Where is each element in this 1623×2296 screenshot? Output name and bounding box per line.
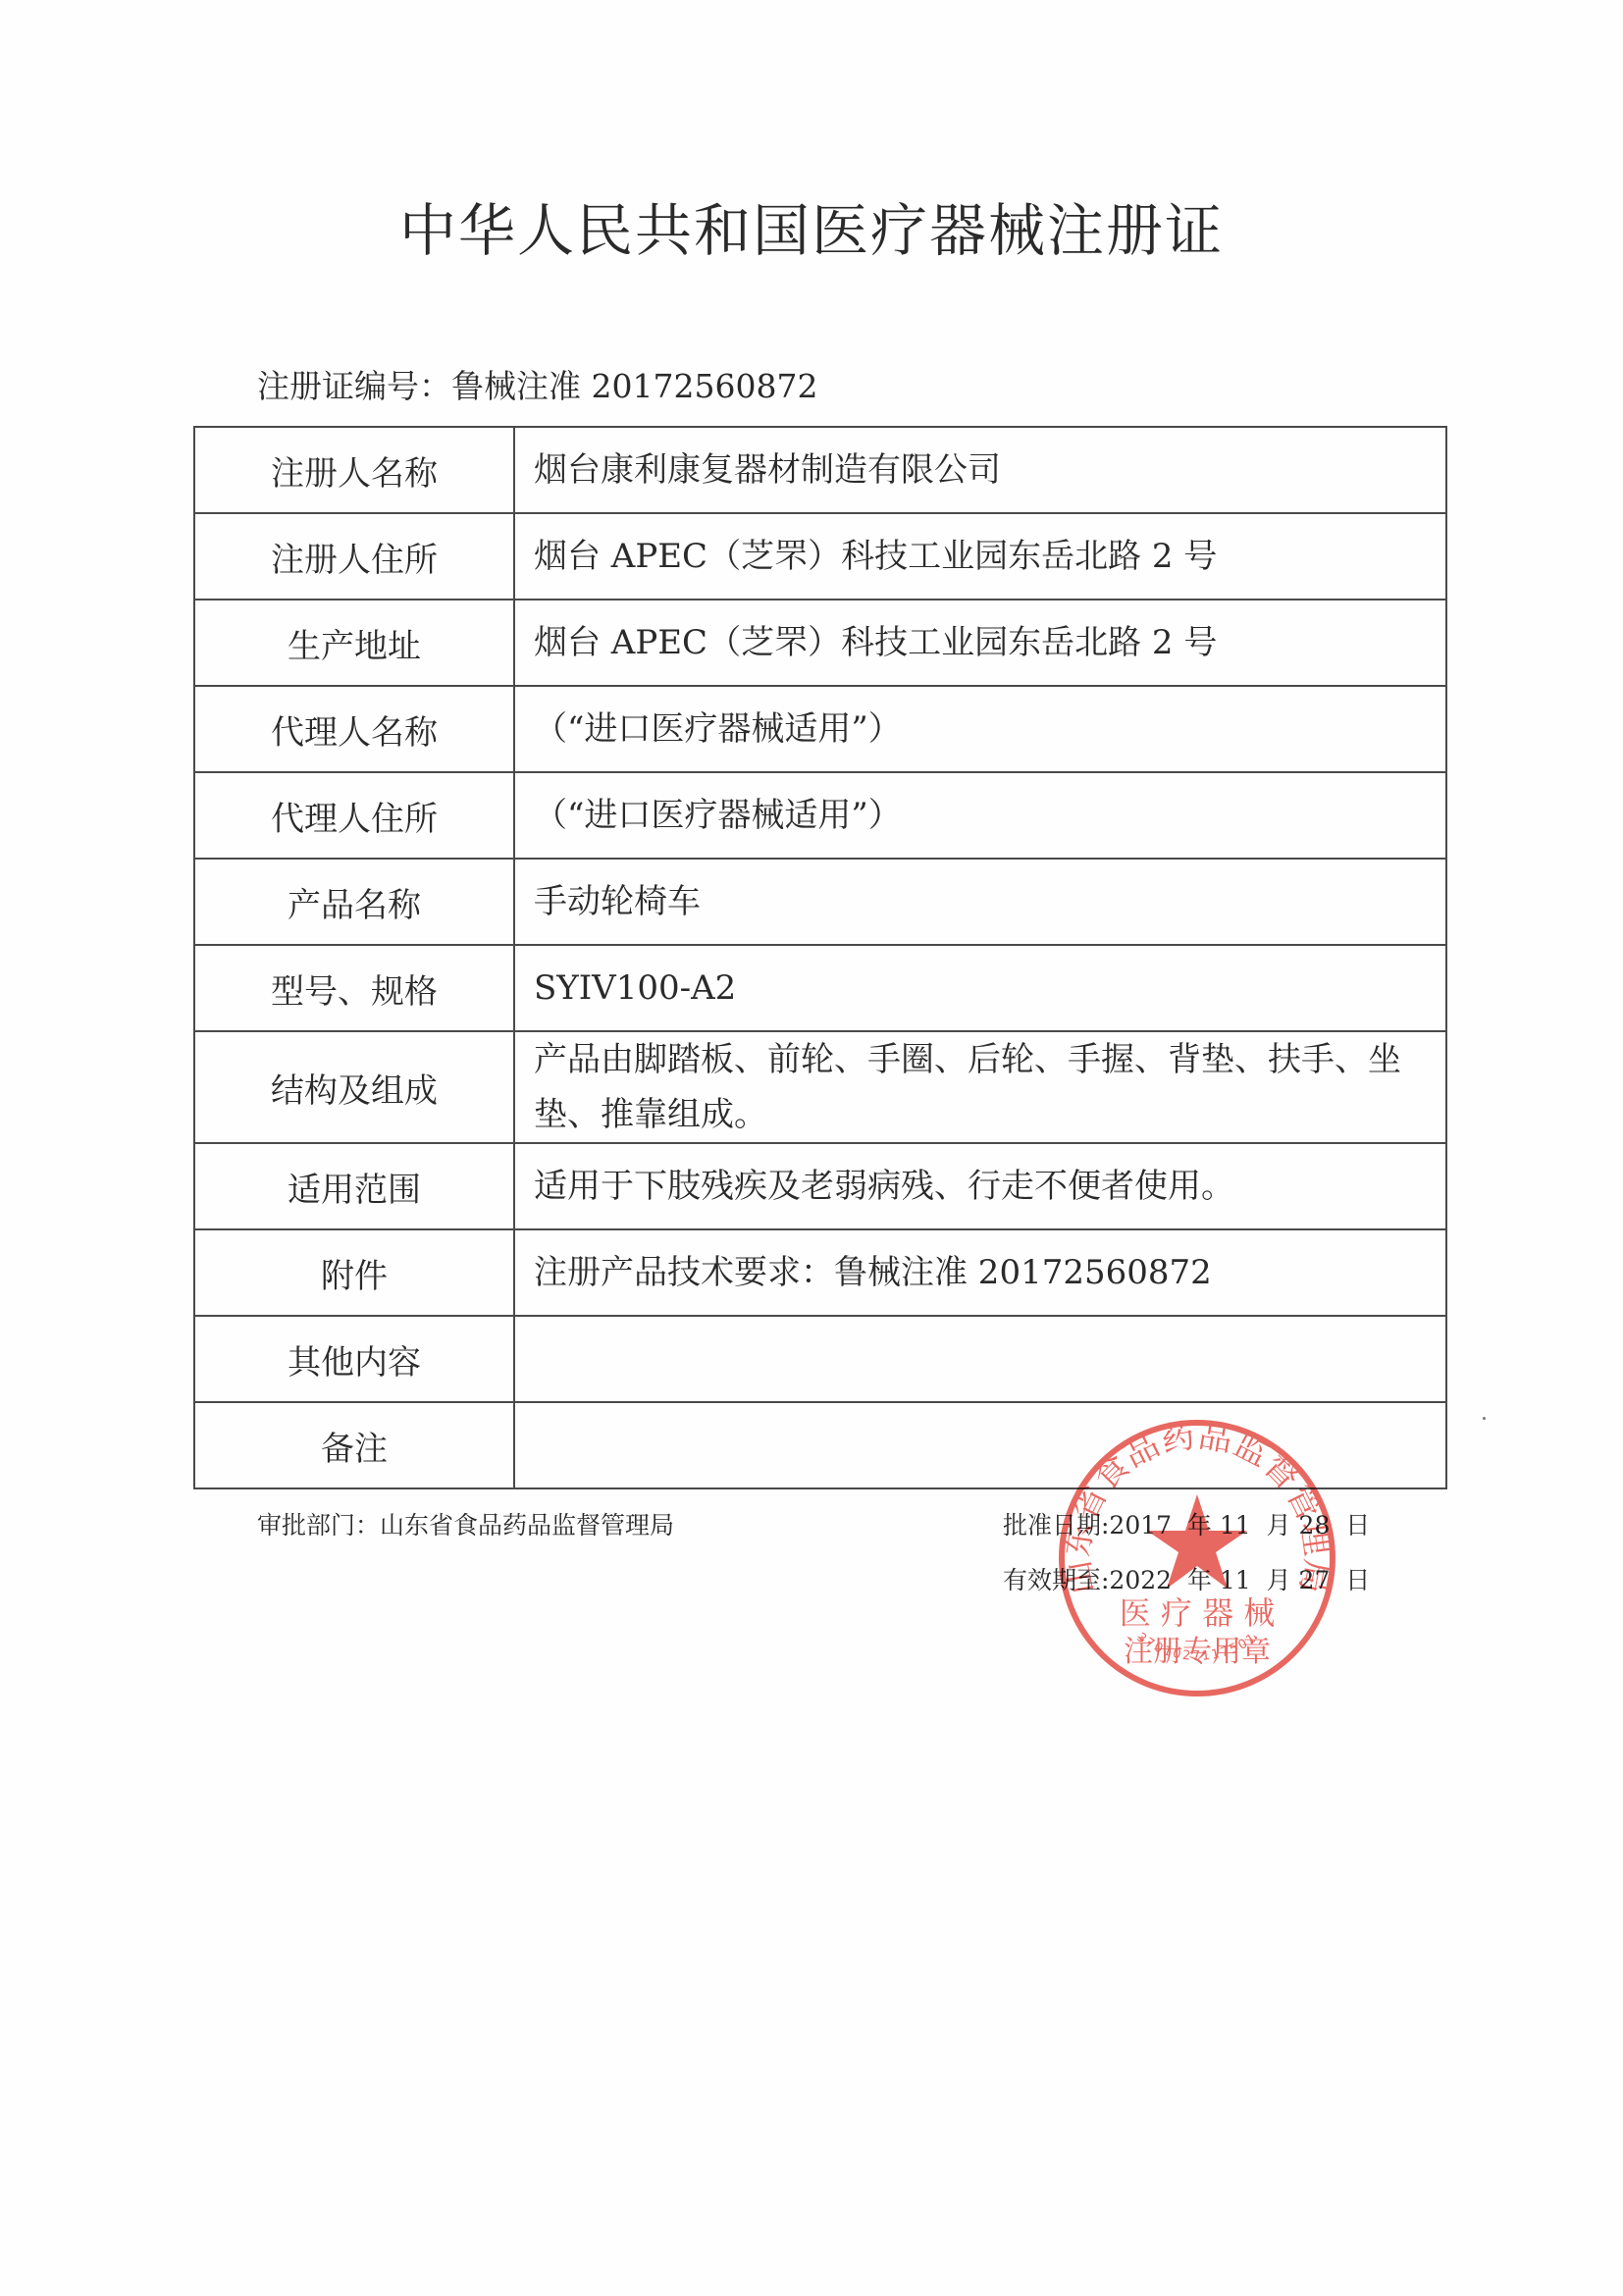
certificate-page: 中华人民共和国医疗器械注册证 注册证编号：鲁械注准 20172560872 注册… xyxy=(0,0,1623,2296)
table-row: 代理人名称 （“进口医疗器械适用”） xyxy=(194,686,1446,772)
row-value: 烟台 APEC（芝罘）科技工业园东岳北路 2 号 xyxy=(514,513,1446,600)
scan-speck xyxy=(1483,1417,1486,1420)
certificate-number-value: 鲁械注准 20172560872 xyxy=(451,367,817,405)
table-row: 备注 xyxy=(194,1402,1446,1488)
row-label: 产品名称 xyxy=(194,859,514,945)
approval-date: 批准日期:2017 年 11 月 28 日 xyxy=(1003,1506,1370,1541)
row-value: 产品由脚踏板、前轮、手圈、后轮、手握、背垫、扶手、坐垫、推靠组成。 xyxy=(514,1031,1446,1143)
seal-center-line-2: 注册专用章 xyxy=(1124,1635,1271,1669)
valid-until-date: 有效期至:2022 年 11 月 27 日 xyxy=(1003,1561,1370,1596)
row-value: 烟台康利康复器材制造有限公司 xyxy=(514,427,1446,513)
row-value xyxy=(514,1316,1446,1402)
document-title: 中华人民共和国医疗器械注册证 xyxy=(0,184,1623,267)
row-label: 代理人住所 xyxy=(194,772,514,859)
row-label: 代理人名称 xyxy=(194,686,514,772)
row-label: 适用范围 xyxy=(194,1143,514,1229)
approval-department: 审批部门：山东省食品药品监督管理局 xyxy=(257,1506,674,1541)
certificate-table: 注册人名称 烟台康利康复器材制造有限公司 注册人住所 烟台 APEC（芝罘）科技… xyxy=(193,426,1447,1489)
seal-center-line-1: 医 疗 器 械 xyxy=(1120,1594,1276,1632)
row-value: （“进口医疗器械适用”） xyxy=(514,686,1446,772)
row-label: 附件 xyxy=(194,1229,514,1316)
table-row: 附件 注册产品技术要求：鲁械注准 20172560872 xyxy=(194,1229,1446,1316)
row-value: 适用于下肢残疾及老弱病残、行走不便者使用。 xyxy=(514,1143,1446,1229)
row-label: 注册人住所 xyxy=(194,513,514,600)
row-label: 型号、规格 xyxy=(194,945,514,1031)
seal-serial: 3701027117501 xyxy=(1134,1630,1261,1663)
row-value: 烟台 APEC（芝罘）科技工业园东岳北路 2 号 xyxy=(514,600,1446,686)
table-row: 其他内容 xyxy=(194,1316,1446,1402)
row-label: 结构及组成 xyxy=(194,1031,514,1143)
table-row: 产品名称 手动轮椅车 xyxy=(194,859,1446,945)
row-value: （“进口医疗器械适用”） xyxy=(514,772,1446,859)
row-value xyxy=(514,1402,1446,1488)
table-row: 代理人住所 （“进口医疗器械适用”） xyxy=(194,772,1446,859)
table-row: 结构及组成 产品由脚踏板、前轮、手圈、后轮、手握、背垫、扶手、坐垫、推靠组成。 xyxy=(194,1031,1446,1143)
row-value: 注册产品技术要求：鲁械注准 20172560872 xyxy=(514,1229,1446,1316)
row-label: 其他内容 xyxy=(194,1316,514,1402)
certificate-number: 注册证编号：鲁械注准 20172560872 xyxy=(257,361,817,407)
row-label: 备注 xyxy=(194,1402,514,1488)
table-row: 注册人名称 烟台康利康复器材制造有限公司 xyxy=(194,427,1446,513)
table-row: 型号、规格 SYIV100-A2 xyxy=(194,945,1446,1031)
row-label: 注册人名称 xyxy=(194,427,514,513)
row-label: 生产地址 xyxy=(194,600,514,686)
table-row: 注册人住所 烟台 APEC（芝罘）科技工业园东岳北路 2 号 xyxy=(194,513,1446,600)
table-row: 适用范围 适用于下肢残疾及老弱病残、行走不便者使用。 xyxy=(194,1143,1446,1229)
certificate-number-label: 注册证编号： xyxy=(257,367,451,405)
table-row: 生产地址 烟台 APEC（芝罘）科技工业园东岳北路 2 号 xyxy=(194,600,1446,686)
row-value: SYIV100-A2 xyxy=(514,945,1446,1031)
row-value: 手动轮椅车 xyxy=(514,859,1446,945)
